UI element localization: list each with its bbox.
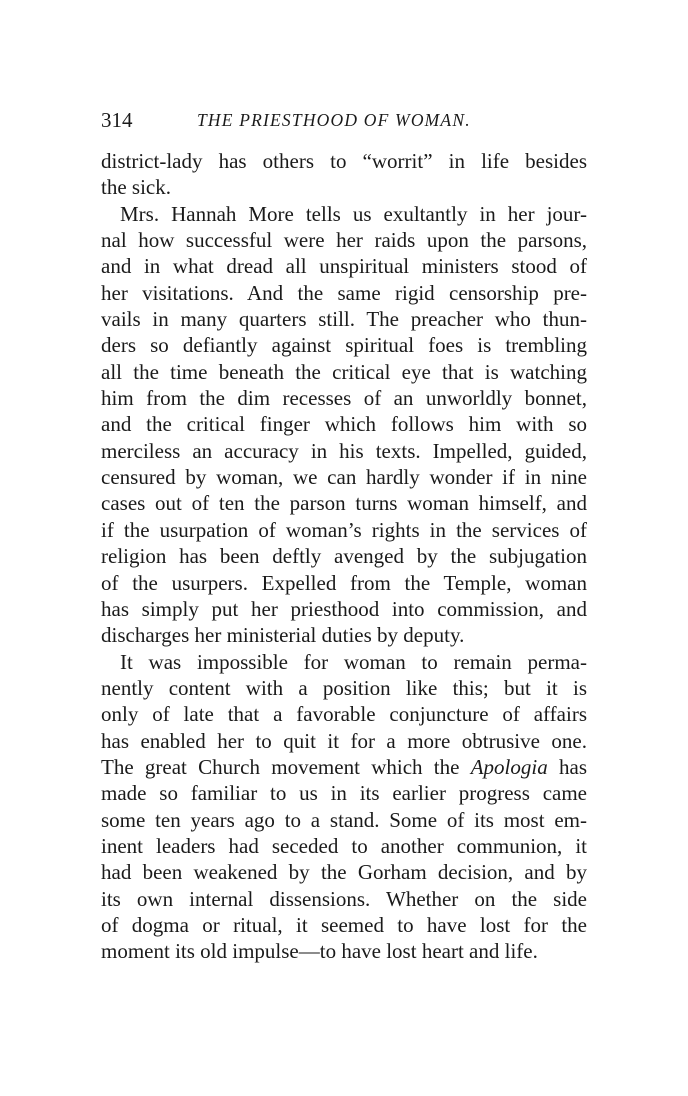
text-line: vails in many quarters still. The preach… [101, 306, 587, 332]
paragraph-start-line: Mrs. Hannah More tells us exultantly in … [101, 201, 587, 227]
body-text: district-lady has others to “worrit” in … [101, 148, 587, 965]
text-line: only of late that a favorable conjunctur… [101, 701, 587, 727]
page-number: 314 [101, 106, 133, 134]
text-line: made so familiar to us in its earlier pr… [101, 780, 587, 806]
text-line: of dogma or ritual, it seemed to have lo… [101, 912, 587, 938]
text-line: if the usurpation of woman’s rights in t… [101, 517, 587, 543]
text-line: has simply put her priesthood into commi… [101, 596, 587, 622]
text-line: and the critical finger which follows hi… [101, 411, 587, 437]
paragraph-start-line: It was impossible for woman to remain pe… [101, 649, 587, 675]
text-line: has enabled her to quit it for a more ob… [101, 728, 587, 754]
text-line: inent leaders had seceded to another com… [101, 833, 587, 859]
text-line: The great Church movement which the Apol… [101, 754, 587, 780]
text-line: cases out of ten the parson turns woman … [101, 490, 587, 516]
text-line: merciless an accuracy in his texts. Impe… [101, 438, 587, 464]
running-head: 314 THE PRIESTHOOD OF WOMAN. [101, 106, 587, 134]
text-line: of the usurpers. Expelled from the Templ… [101, 570, 587, 596]
text-line: ders so defiantly against spiritual foes… [101, 332, 587, 358]
text-line: moment its old impulse—to have lost hear… [101, 938, 587, 964]
book-title-italic: Apologia [471, 755, 548, 779]
text-line: some ten years ago to a stand. Some of i… [101, 807, 587, 833]
running-title: THE PRIESTHOOD OF WOMAN. [197, 106, 471, 134]
text-line: discharges her ministerial duties by dep… [101, 622, 587, 648]
text-line: him from the dim recesses of an unworldl… [101, 385, 587, 411]
text-line: and in what dread all unspiritual minist… [101, 253, 587, 279]
text-line: her visitations. And the same rigid cens… [101, 280, 587, 306]
text-line: the sick. [101, 174, 587, 200]
text-line: religion has been deftly avenged by the … [101, 543, 587, 569]
text-line: nently content with a position like this… [101, 675, 587, 701]
text-line: its own internal dissensions. Whether on… [101, 886, 587, 912]
text-line: censured by woman, we can hardly wonder … [101, 464, 587, 490]
text-line: nal how successful were her raids upon t… [101, 227, 587, 253]
text-line: all the time beneath the critical eye th… [101, 359, 587, 385]
text-line: district-lady has others to “worrit” in … [101, 148, 587, 174]
text-line: had been weakened by the Gorham decision… [101, 859, 587, 885]
